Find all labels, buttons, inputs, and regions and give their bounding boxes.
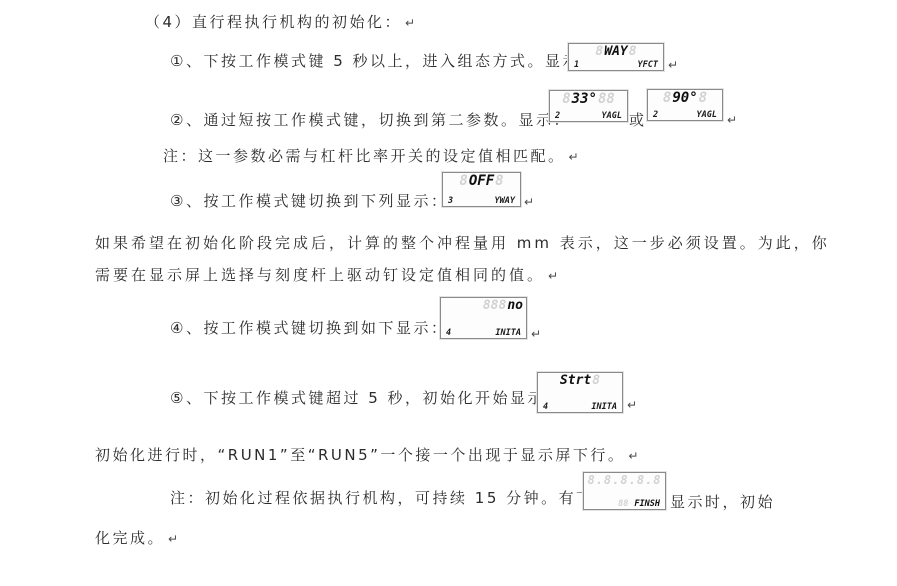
note-2-label-before: 注：初始化过程依据执行机构，可持续 15 分钟。有下列: [170, 489, 611, 507]
section-heading: （4）直行程执行机构的初始化：↵: [145, 13, 415, 31]
step-4-label: ④、按工作模式键切换到如下显示：: [170, 319, 448, 337]
lcd-param-name: YAGL: [602, 112, 622, 121]
lcd-ghost-segments: 8: [495, 175, 503, 188]
lcd-bottom-row: 2 YAGL: [553, 112, 624, 121]
note-1-text: 注：这一参数必需与杠杆比率开关的设定值相匹配。↵: [163, 147, 579, 165]
note-2-text-before: 注：初始化过程依据执行机构，可持续 15 分钟。有下列: [170, 489, 611, 507]
lcd-param-name: INITA: [495, 329, 521, 338]
lcd-top-row: 8 WAY 8: [572, 46, 660, 58]
lcd-value-way: WAY: [604, 46, 627, 58]
lcd-param-name: YAGL: [697, 111, 717, 120]
lcd-bottom-row: 2 YAGL: [651, 111, 719, 120]
paragraph-return-mark: ↵: [569, 150, 579, 164]
paragraph-return-mark: ↵: [627, 398, 637, 412]
step-1-label: ①、下按工作模式键 5 秒以上，进入组态方式。显示：: [170, 52, 598, 70]
run-progress-line: 初始化进行时，“RUN1”至“RUN5”一个接一个出现于显示屏下行。↵: [95, 446, 638, 464]
paragraph-return-mark: ↵: [168, 532, 178, 546]
heading-text: （4）直行程执行机构的初始化：: [145, 13, 402, 31]
lcd-bottom-row: 4 INITA: [541, 403, 619, 412]
step-2-text: ②、通过短按工作模式键，切换到第二参数。显示：: [170, 111, 571, 129]
lcd-value-strt: Strt: [560, 375, 591, 387]
lcd-top-row: Strt 8: [541, 375, 619, 387]
lcd-value-no: no: [507, 300, 523, 312]
paragraph-return-mark: ↵: [668, 58, 678, 72]
lcd-bottom-row: 4 INITA: [444, 329, 523, 338]
lcd-ghost-segments: 8: [459, 175, 467, 188]
lcd-display-no: 888 no 4 INITA: [440, 297, 527, 339]
lcd-ghost-segments: 8: [592, 375, 600, 387]
step-5-label: ⑤、下按工作模式键超过 5 秒，初始化开始显示：: [170, 389, 563, 407]
lcd-bottom-row: 3 YWAY: [446, 197, 517, 206]
lcd-bottom-row: 1 YFCT: [572, 61, 660, 70]
body-paragraph-text-1: 如果希望在初始化阶段完成后，计算的整个冲程量用 mm 表示，这一步必须设置。为此…: [95, 234, 830, 252]
paragraph-return-mark: ↵: [628, 449, 638, 463]
lcd-param-number: 1: [574, 61, 579, 70]
lcd-ghost-segments: 888: [483, 300, 506, 312]
lcd-value-33deg: 33°: [572, 93, 597, 106]
lcd-display-33deg: 8 33° 88 2 YAGL: [549, 90, 628, 122]
lcd-top-row: 8.8.8.8.8: [587, 475, 662, 486]
lcd-ghost-segments: 88: [598, 93, 615, 106]
lcd-display-strt: Strt 8 4 INITA: [537, 372, 623, 413]
lcd-ghost-segments: 8: [562, 93, 570, 106]
run-progress-text: 初始化进行时，“RUN1”至“RUN5”一个接一个出现于显示屏下行。: [95, 446, 625, 464]
note-1-label: 注：这一参数必需与杠杆比率开关的设定值相匹配。: [163, 147, 566, 165]
step-1-text: ①、下按工作模式键 5 秒以上，进入组态方式。显示：: [170, 52, 598, 70]
step-4-text: ④、按工作模式键切换到如下显示：: [170, 319, 448, 337]
body-paragraph-line-2: 需要在显示屏上选择与刻度杆上驱动钉设定值相同的值。↵: [95, 266, 558, 284]
paragraph-return-mark: ↵: [531, 327, 541, 341]
note-2-continuation: 化完成。↵: [95, 529, 178, 547]
lcd-param-number: 2: [653, 111, 658, 120]
lcd-value-off: OFF: [469, 175, 494, 188]
lcd-ghost-segments: 8.8.8.8.8: [587, 475, 661, 486]
lcd-display-90deg: 8 90° 8 2 YAGL: [647, 89, 723, 121]
lcd-param-number: 4: [543, 403, 548, 412]
lcd-param-number: 2: [555, 112, 560, 121]
lcd-display-way: 8 WAY 8 1 YFCT: [568, 43, 664, 71]
lcd-ghost-segments: 8: [629, 46, 637, 58]
lcd-ghost-segments: 88: [618, 500, 628, 509]
step-2-label: ②、通过短按工作模式键，切换到第二参数。显示：: [170, 111, 571, 129]
step-5-text: ⑤、下按工作模式键超过 5 秒，初始化开始显示：: [170, 389, 563, 407]
lcd-param-name: INITA: [591, 403, 617, 412]
lcd-display-off: 8 OFF 8 3 YWAY: [442, 172, 521, 207]
lcd-top-row: 8 OFF 8: [446, 175, 517, 188]
paragraph-return-mark: ↵: [727, 113, 737, 127]
lcd-top-row: 8 33° 88: [553, 93, 624, 106]
lcd-value-90deg: 90°: [672, 92, 697, 105]
lcd-value-finsh: FINSH: [634, 500, 660, 509]
note-2-label-after: 显示时，初始: [670, 493, 775, 511]
lcd-ghost-segments: 8: [699, 92, 707, 105]
lcd-ghost-segments: 8: [595, 46, 603, 58]
lcd-top-row: 888 no: [444, 300, 523, 312]
paragraph-return-mark: ↵: [548, 269, 558, 283]
step-3-label: ③、按工作模式键切换到下列显示：: [170, 192, 448, 210]
note-2-continuation-text: 化完成。: [95, 529, 165, 547]
body-paragraph-text-2: 需要在显示屏上选择与刻度杆上驱动钉设定值相同的值。: [95, 266, 545, 284]
lcd-top-row: 8 90° 8: [651, 92, 719, 105]
lcd-display-finsh: 8.8.8.8.8 88 FINSH: [583, 472, 666, 510]
step-3-text: ③、按工作模式键切换到下列显示：: [170, 192, 448, 210]
lcd-ghost-segments: 8: [663, 92, 671, 105]
lcd-param-number: 4: [446, 329, 451, 338]
body-paragraph-line-1: 如果希望在初始化阶段完成后，计算的整个冲程量用 mm 表示，这一步必须设置。为此…: [95, 234, 830, 252]
lcd-param-number: 3: [448, 197, 453, 206]
lcd-bottom-row: 88 FINSH: [587, 500, 662, 509]
note-2-text-after: 显示时，初始: [670, 493, 775, 511]
or-word-text: 或: [629, 111, 647, 129]
lcd-param-name: YWAY: [495, 197, 515, 206]
or-word: 或: [629, 111, 647, 129]
paragraph-return-mark: ↵: [524, 195, 534, 209]
paragraph-return-mark: ↵: [405, 16, 415, 30]
lcd-param-name: YFCT: [638, 61, 658, 70]
